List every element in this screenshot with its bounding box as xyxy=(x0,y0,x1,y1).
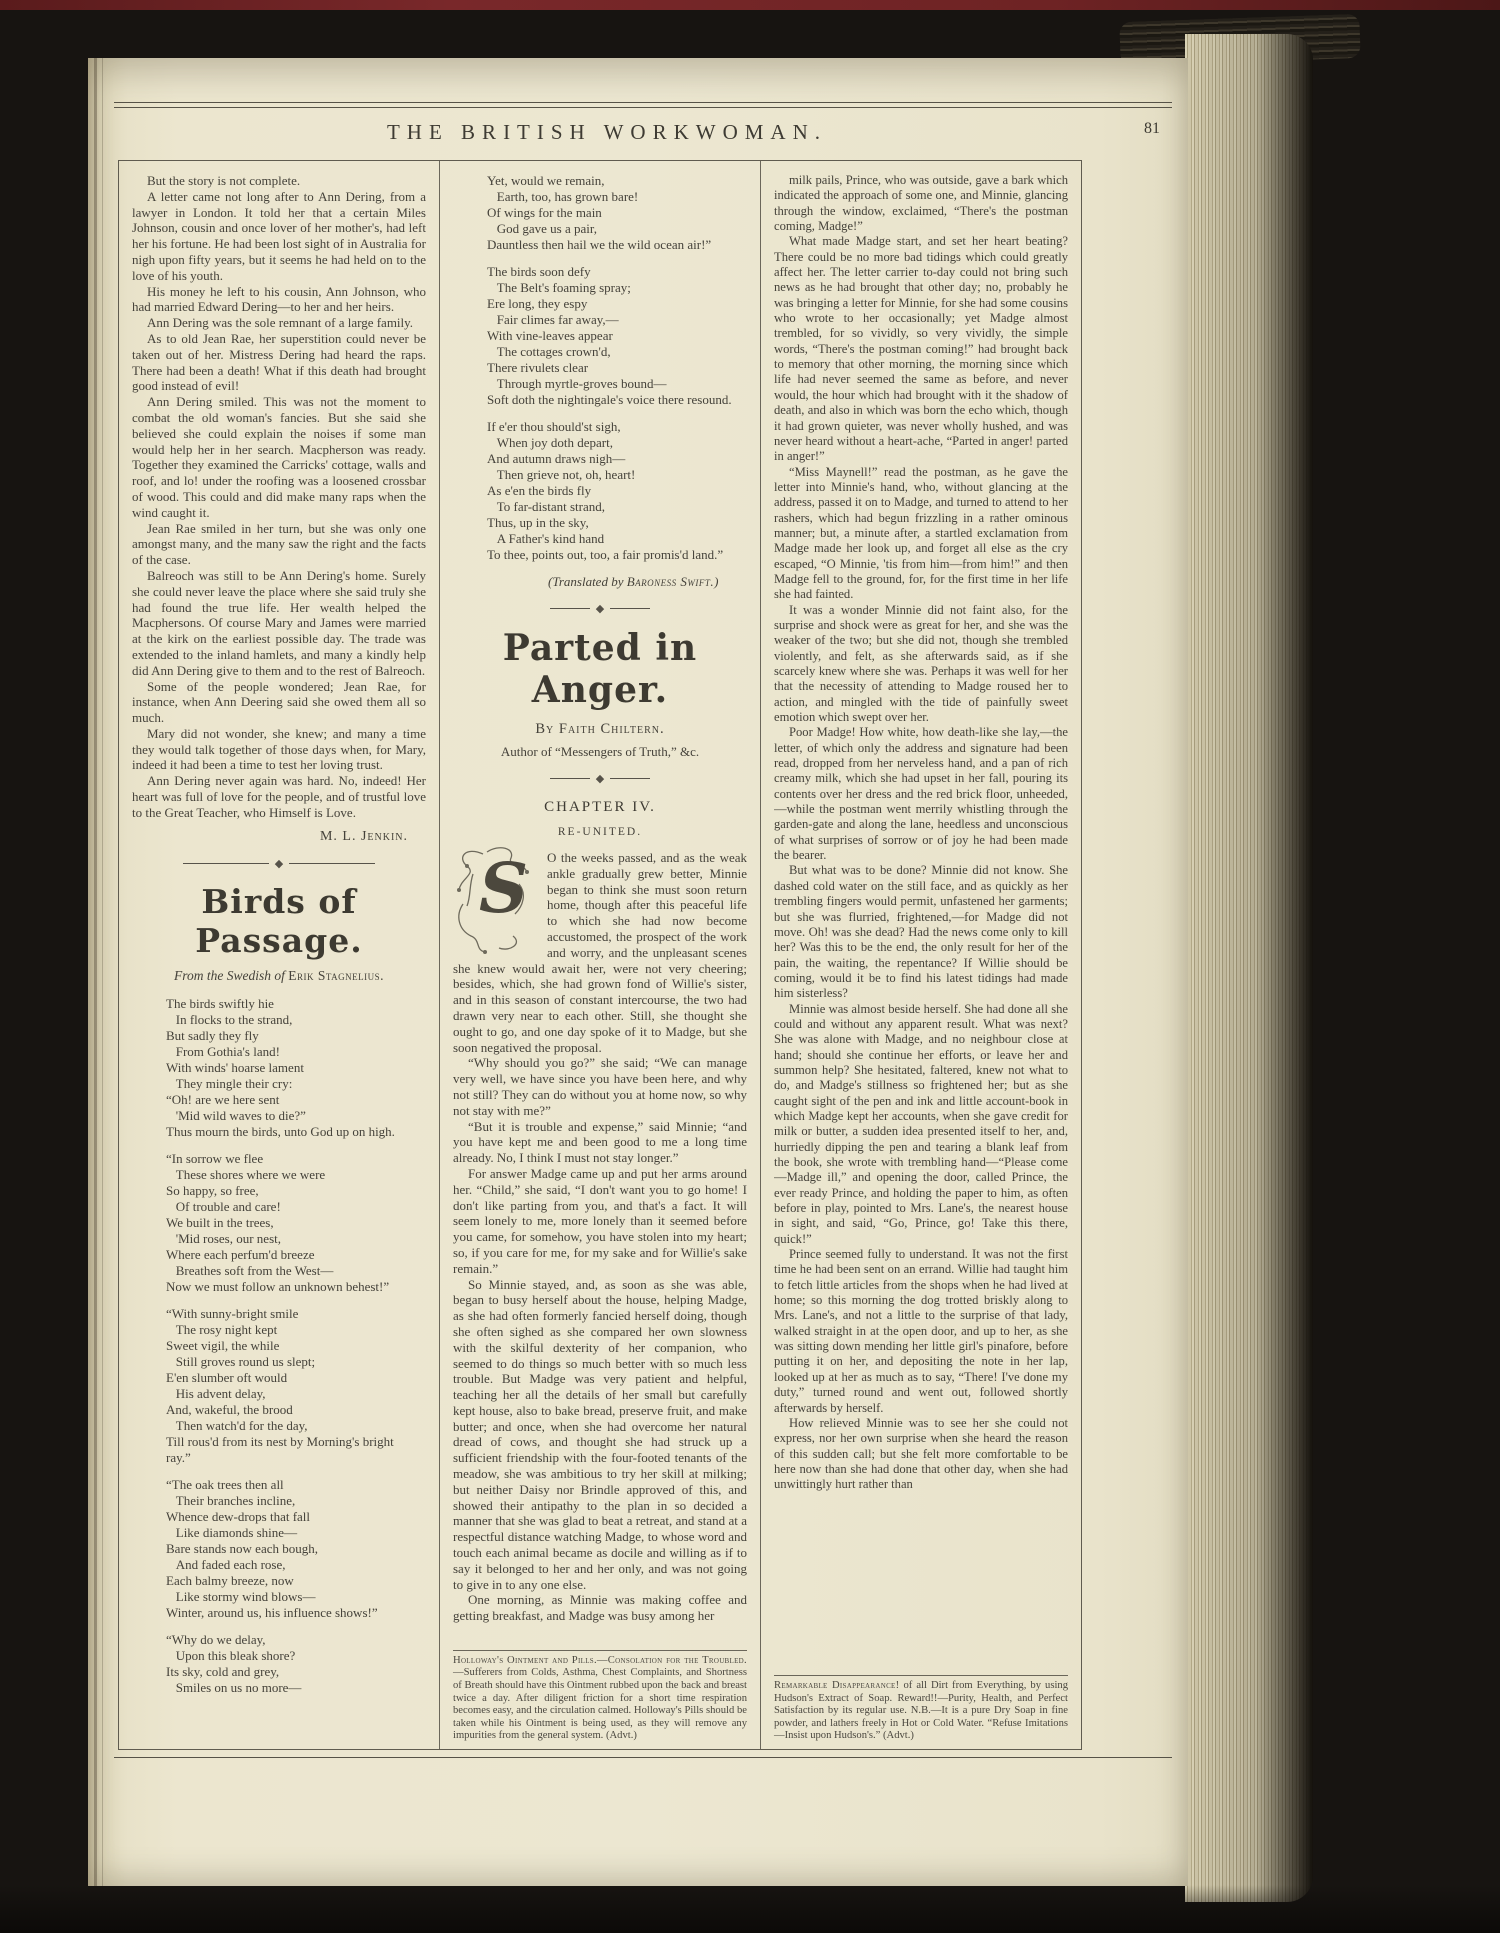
column-1-body: But the story is not complete.A letter c… xyxy=(132,173,426,1743)
poem-column2: Yet, would we remain, Earth, too, has gr… xyxy=(487,173,747,563)
column-2-body: Yet, would we remain, Earth, too, has gr… xyxy=(453,173,747,1646)
bottom-shadow xyxy=(0,1885,1500,1933)
text-frame: But the story is not complete.A letter c… xyxy=(118,160,1082,1750)
story-paragraphs: milk pails, Prince, who was outside, gav… xyxy=(774,173,1068,1493)
divider-ornament-icon: ◆ xyxy=(275,857,283,870)
column-3: milk pails, Prince, who was outside, gav… xyxy=(761,161,1081,1749)
divider-ornament-icon: ◆ xyxy=(596,772,604,785)
story-paragraph: How relieved Minnie was to see her she c… xyxy=(774,1416,1068,1493)
poem-subtitle: From the Swedish of Erik Stagnelius. xyxy=(132,968,426,984)
advertisement-holloways: Holloway's Ointment and Pills.—Consolati… xyxy=(453,1650,747,1743)
story-paragraph: His money he left to his cousin, Ann Joh… xyxy=(132,284,426,316)
poem-author: Erik Stagnelius. xyxy=(288,968,384,983)
poem-title: Birds of Passage. xyxy=(132,882,426,960)
divider-ornament-icon: ◆ xyxy=(596,602,604,615)
poem-stanza: The birds soon defy The Belt's foaming s… xyxy=(487,264,747,408)
story-paragraph: “Miss Maynell!” read the postman, as he … xyxy=(774,465,1068,603)
section-divider: ◆ xyxy=(453,602,747,615)
author-signature: M. L. Jenkin. xyxy=(132,829,408,845)
decorated-initial: S xyxy=(453,852,541,948)
story-paragraphs: “Why should you go?” she said; “We can m… xyxy=(453,1055,747,1624)
poem-stanza: Yet, would we remain, Earth, too, has gr… xyxy=(487,173,747,253)
poem-stanza: “In sorrow we flee These shores where we… xyxy=(166,1151,426,1295)
story-paragraph: For answer Madge came up and put her arm… xyxy=(453,1166,747,1277)
column-3-body: milk pails, Prince, who was outside, gav… xyxy=(774,173,1068,1671)
story-paragraph: Ann Dering was the sole remnant of a lar… xyxy=(132,315,426,331)
divider-line xyxy=(550,608,590,609)
story-paragraph: Poor Madge! How white, how death-like sh… xyxy=(774,725,1068,863)
story-paragraph: A letter came not long after to Ann Deri… xyxy=(132,189,426,284)
section-divider: ◆ xyxy=(453,772,747,785)
chapter-subtitle: RE-UNITED. xyxy=(453,826,747,838)
story-paragraph: Jean Rae smiled in her turn, but she was… xyxy=(132,521,426,568)
story-paragraph: But the story is not complete. xyxy=(132,173,426,189)
page-number: 81 xyxy=(1144,120,1160,138)
chapter-heading: CHAPTER IV. xyxy=(453,799,747,816)
translator-credit: (Translated by Baroness Swift.) xyxy=(453,574,719,590)
story-paragraph: So Minnie stayed, and, as soon as she wa… xyxy=(453,1277,747,1593)
poem-stanza: If e'er thou should'st sigh, When joy do… xyxy=(487,419,747,563)
section-divider: ◆ xyxy=(132,857,426,870)
poem-stanza: “The oak trees then all Their branches i… xyxy=(166,1477,426,1621)
poem-stanza: “Why do we delay, Upon this bleak shore?… xyxy=(166,1632,426,1696)
translator-name: Baroness Swift.) xyxy=(627,574,719,589)
story-paragraph: Balreoch was still to be Ann Dering's ho… xyxy=(132,568,426,679)
divider-line xyxy=(550,778,590,779)
story-paragraph: Minnie was almost beside herself. She ha… xyxy=(774,1002,1068,1248)
story-paragraph: It was a wonder Minnie did not faint als… xyxy=(774,603,1068,726)
story-paragraph: One morning, as Minnie was making coffee… xyxy=(453,1592,747,1624)
page-title: THE BRITISH WORKWOMAN. xyxy=(132,120,1082,145)
story-paragraph: What made Madge start, and set her heart… xyxy=(774,234,1068,464)
book-cover-edge xyxy=(0,0,1500,10)
ad-lead-in: Remarkable Disappearance! xyxy=(774,1680,899,1691)
divider-line xyxy=(610,608,650,609)
dropcap-letter: S xyxy=(479,854,528,924)
chapter-first-paragraph: S O the weeks passed, and as the weak an… xyxy=(453,850,747,1055)
poem-subtitle-prefix: From the Swedish of xyxy=(174,968,288,983)
magazine-page: THE BRITISH WORKWOMAN. 81 But the story … xyxy=(88,58,1188,1886)
column-2: Yet, would we remain, Earth, too, has gr… xyxy=(440,161,760,1749)
story-paragraph: As to old Jean Rae, her superstition cou… xyxy=(132,331,426,394)
book-photograph: THE BRITISH WORKWOMAN. 81 But the story … xyxy=(0,0,1500,1933)
translator-prefix: (Translated by xyxy=(548,574,627,589)
page-edge-stack xyxy=(1185,34,1313,1902)
advertisement-hudsons: Remarkable Disappearance! of all Dirt fr… xyxy=(774,1675,1068,1743)
divider-line xyxy=(610,778,650,779)
story-paragraph: But what was to be done? Minnie did not … xyxy=(774,863,1068,1001)
story-paragraph: Prince seemed fully to understand. It wa… xyxy=(774,1247,1068,1416)
divider-line xyxy=(183,863,269,864)
story-title: Parted in Anger. xyxy=(453,627,747,711)
story-paragraph: Ann Dering smiled. This was not the mome… xyxy=(132,394,426,520)
story-byline: By Faith Chiltern. xyxy=(453,721,747,738)
running-head: THE BRITISH WORKWOMAN. 81 xyxy=(132,108,1082,160)
story-paragraph: Ann Dering never again was hard. No, ind… xyxy=(132,773,426,820)
ad-body-text: —Sufferers from Colds, Asthma, Chest Com… xyxy=(453,1667,747,1741)
bottom-rule xyxy=(114,1757,1172,1758)
poem-stanza: The birds swiftly hie In flocks to the s… xyxy=(166,996,426,1140)
column-1: But the story is not complete.A letter c… xyxy=(119,161,439,1749)
poem-column1: The birds swiftly hie In flocks to the s… xyxy=(166,996,426,1696)
story-end-paragraphs: But the story is not complete.A letter c… xyxy=(132,173,426,821)
story-author-line: Author of “Messengers of Truth,” &c. xyxy=(453,744,747,760)
story-paragraph: milk pails, Prince, who was outside, gav… xyxy=(774,173,1068,234)
story-paragraph: “Why should you go?” she said; “We can m… xyxy=(453,1055,747,1118)
story-paragraph: Some of the people wondered; Jean Rae, f… xyxy=(132,679,426,726)
divider-line xyxy=(289,863,375,864)
ad-lead-in: Holloway's Ointment and Pills.—Consolati… xyxy=(453,1655,747,1666)
story-paragraph: “But it is trouble and expense,” said Mi… xyxy=(453,1119,747,1166)
poem-stanza: “With sunny-bright smile The rosy night … xyxy=(166,1306,426,1466)
story-paragraph: Mary did not wonder, she knew; and many … xyxy=(132,726,426,773)
